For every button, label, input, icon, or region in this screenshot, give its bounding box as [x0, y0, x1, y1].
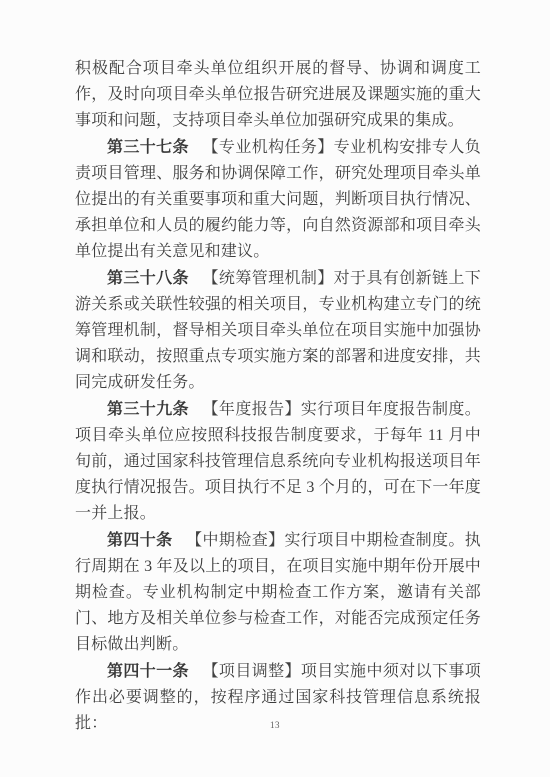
article-number: 第三十七条	[107, 139, 189, 156]
article-title: 【统筹管理机制】	[203, 270, 334, 287]
article-number: 第三十八条	[107, 270, 189, 287]
paragraph-text: 对于具有创新链上下游关系或关联性较强的相关项目，专业机构建立专门的统筹管理机制，…	[75, 270, 481, 392]
article-number: 第三十九条	[107, 401, 189, 418]
paragraph-text: 实行项目中期检查制度。执行周期在 3 年及以上的项目，在项目实施中期年份开展中期…	[75, 532, 481, 654]
article-number: 第四十条	[107, 532, 173, 549]
paragraph-text: 积极配合项目牵头单位组织开展的督导、协调和调度工作，及时向项目牵头单位报告研究进…	[75, 60, 481, 129]
article-title: 【专业机构任务】	[203, 139, 334, 156]
page-number: 13	[270, 720, 280, 730]
paragraph-article-37: 第三十七条【专业机构任务】专业机构安排专人负责项目管理、服务和协调保障工作，研究…	[75, 135, 481, 266]
paragraph-article-39: 第三十九条【年度报告】实行项目年度报告制度。项目牵头单位应按照科技报告制度要求，…	[75, 397, 481, 528]
paragraph-text: 实行项目年度报告制度。项目牵头单位应按照科技报告制度要求，于每年 11 月中旬前…	[75, 401, 481, 523]
paragraph-article-38: 第三十八条【统筹管理机制】对于具有创新链上下游关系或关联性较强的相关项目，专业机…	[75, 266, 481, 397]
paragraph-continuation: 积极配合项目牵头单位组织开展的督导、协调和调度工作，及时向项目牵头单位报告研究进…	[75, 56, 481, 135]
paragraph-text: 专业机构安排专人负责项目管理、服务和协调保障工作，研究处理项目牵头单位提出的有关…	[75, 139, 481, 261]
document-page: 积极配合项目牵头单位组织开展的督导、协调和调度工作，及时向项目牵头单位报告研究进…	[0, 0, 550, 777]
article-title: 【中期检查】	[186, 532, 284, 549]
article-number: 第四十一条	[107, 663, 189, 680]
paragraph-article-40: 第四十条【中期检查】实行项目中期检查制度。执行周期在 3 年及以上的项目，在项目…	[75, 528, 481, 659]
article-title: 【年度报告】	[203, 401, 301, 418]
document-text-block: 积极配合项目牵头单位组织开展的督导、协调和调度工作，及时向项目牵头单位报告研究进…	[75, 56, 481, 737]
article-title: 【项目调整】	[203, 663, 301, 680]
page-footer: 13	[0, 715, 550, 733]
